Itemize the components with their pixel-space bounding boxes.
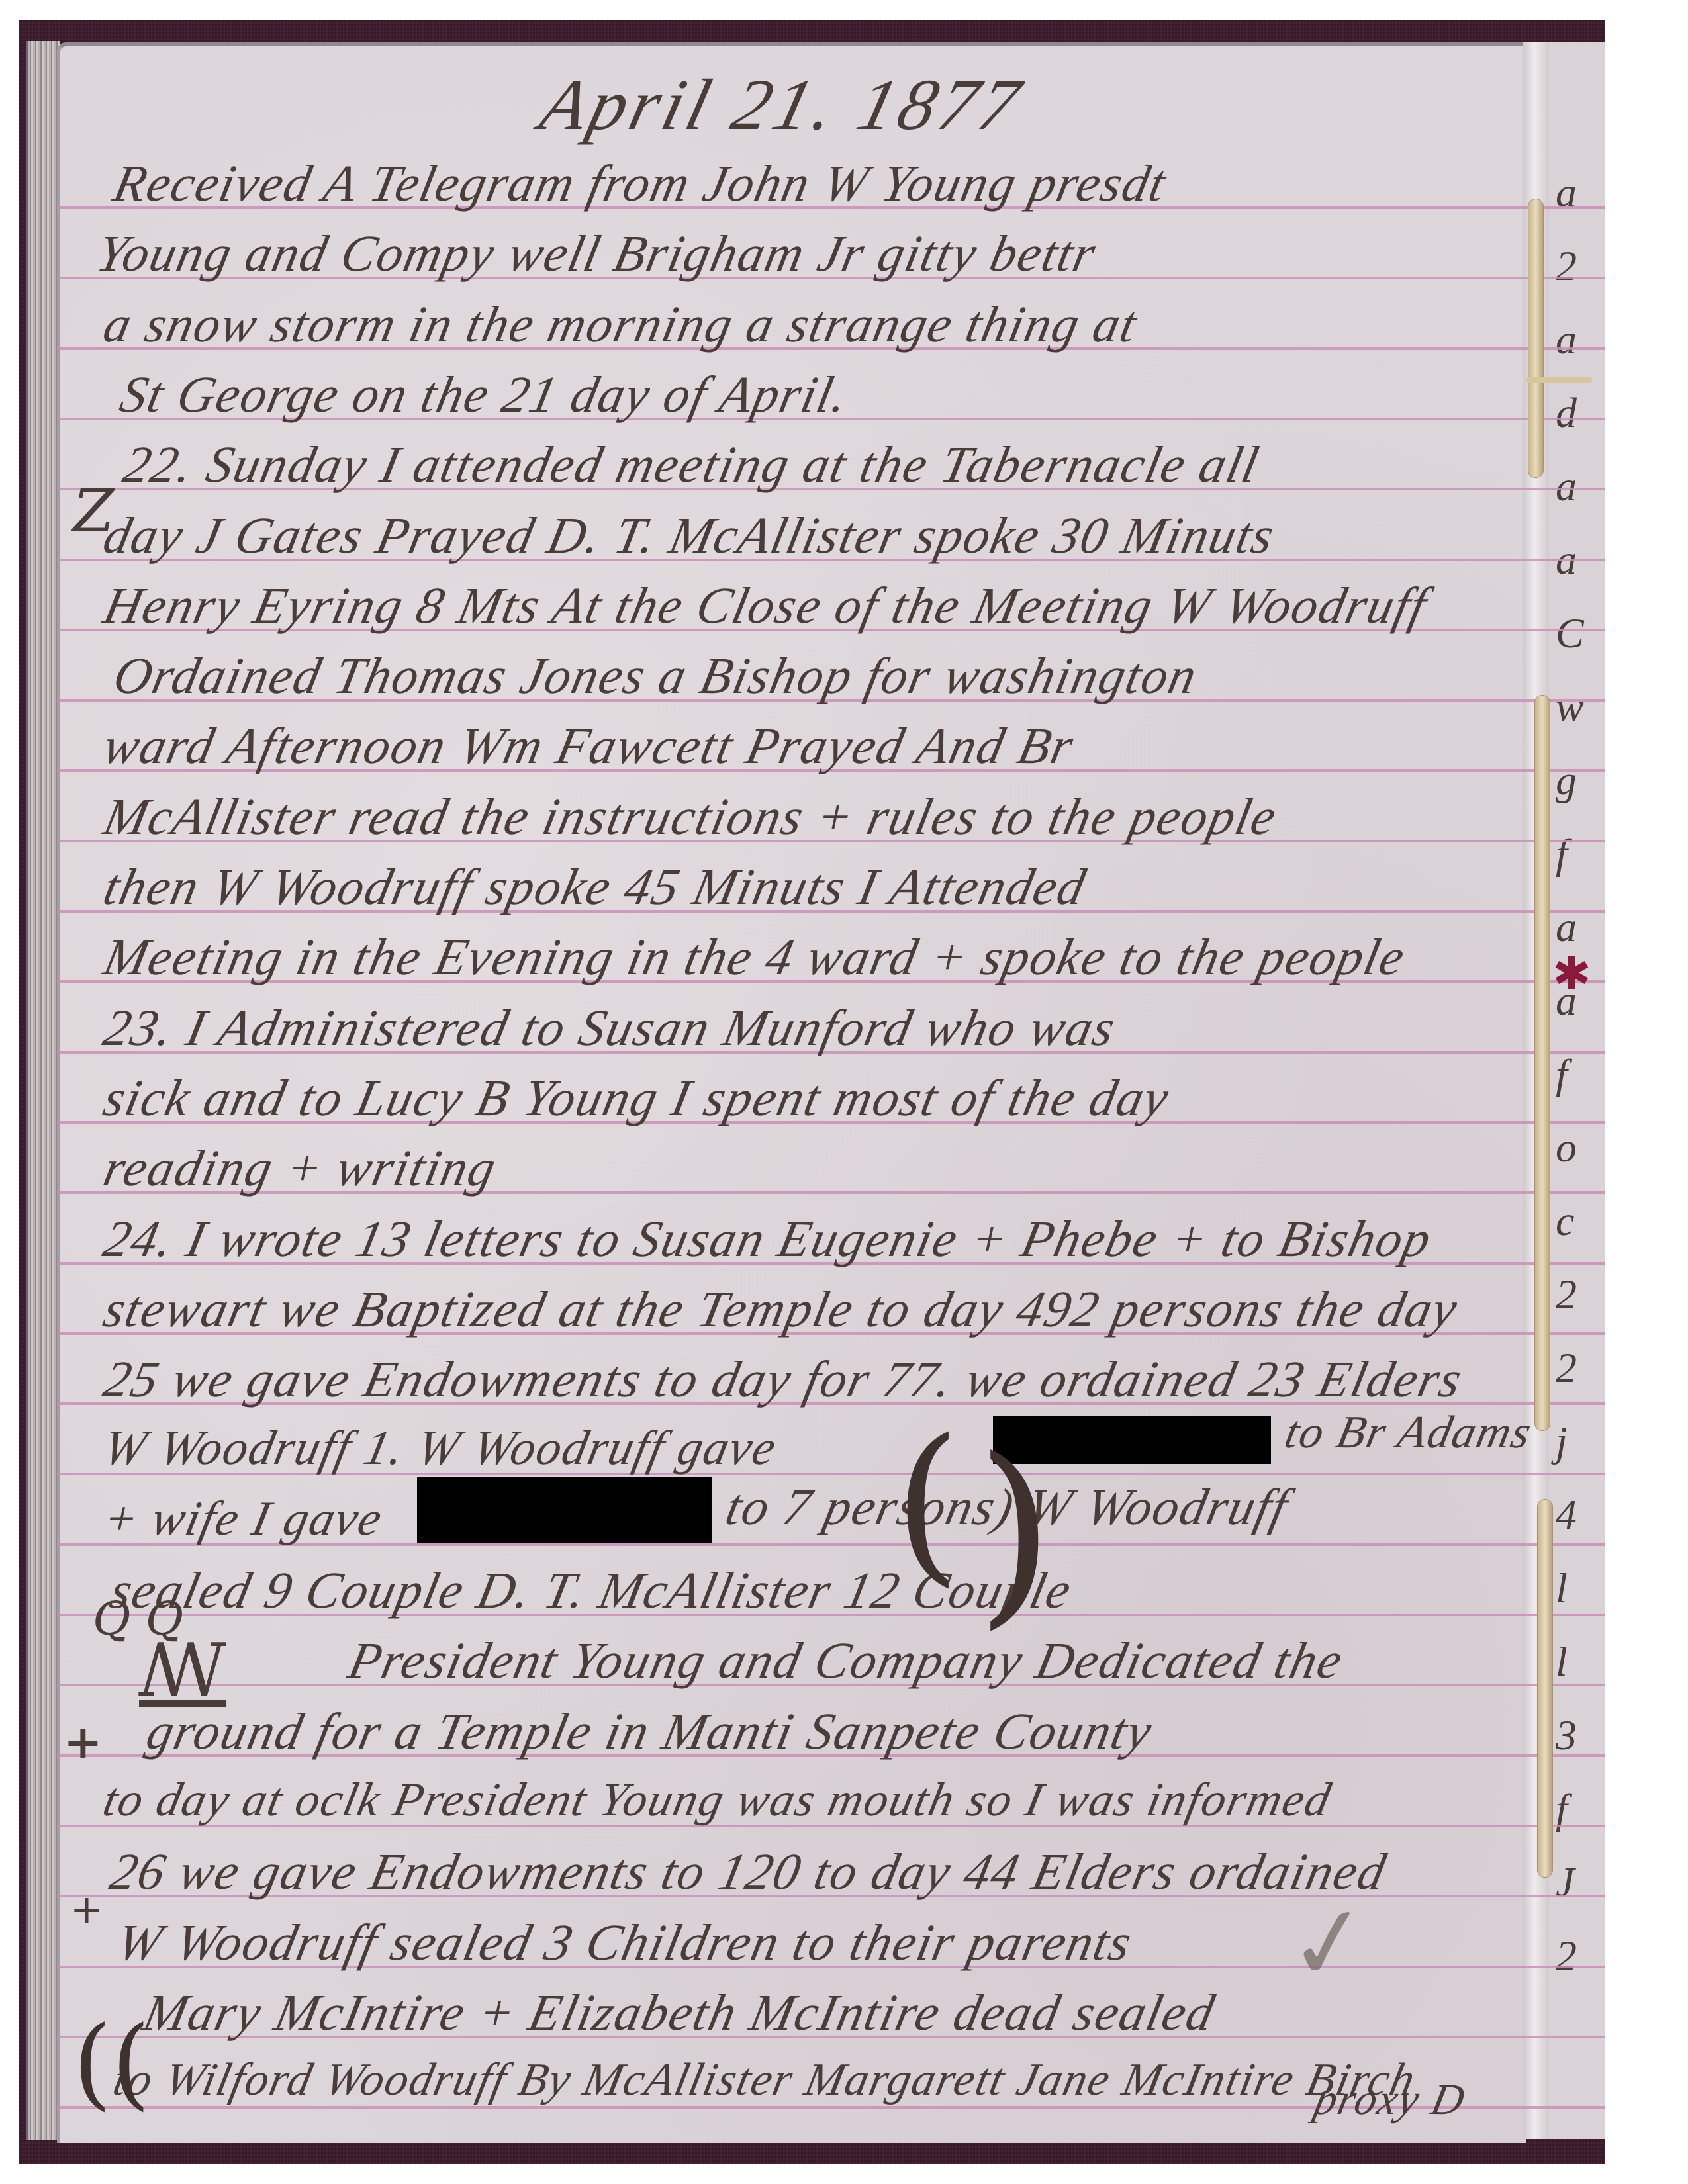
adjacent-page-glyph: 2 [1556, 1343, 1577, 1392]
adjacent-page-glyph: g [1556, 756, 1577, 805]
journal-line: reading + writing [99, 1142, 501, 1194]
adjacent-page-glyph: d [1556, 388, 1577, 437]
adjacent-page-glyph: l [1556, 1637, 1568, 1686]
journal-line: Meeting in the Evening in the 4 ward + s… [99, 931, 1410, 983]
adjacent-page-glyph: 3 [1556, 1711, 1577, 1760]
binding-thread-bottom [1537, 1499, 1553, 1878]
flourish-q-marks: Q Q [93, 1592, 183, 1646]
line-19-tail: to Br Adams [1281, 1410, 1536, 1456]
journal-line: W Woodruff sealed 3 Children to their pa… [113, 1917, 1137, 1968]
adjacent-page-glyph: a [1556, 315, 1577, 364]
adjacent-page-glyph: a [1556, 168, 1577, 217]
journal-line: 26 we gave Endowments to 120 to day 44 E… [106, 1846, 1391, 1897]
journal-line: W Woodruff 1. W Woodruff gave [99, 1424, 781, 1473]
page-stack-edge [26, 41, 60, 2140]
journal-line: to Wilford Woodruff By McAllister Margar… [109, 2057, 1420, 2103]
adjacent-page-glyph: J [1556, 1858, 1574, 1907]
adjacent-page-glyph: c [1556, 1197, 1574, 1246]
journal-line: 23. I Administered to Susan Munford who … [99, 1002, 1121, 1054]
binding-thread-top [1528, 199, 1544, 478]
adjacent-page-glyph: l [1556, 1564, 1568, 1613]
binding-thread-middle [1534, 695, 1550, 1431]
journal-line: President Young and Company Dedicated th… [344, 1635, 1348, 1686]
journal-line: day J Gates Prayed D. T. McAllister spok… [99, 510, 1280, 561]
journal-line: then W Woodruff spoke 45 Minuts I Attend… [99, 861, 1091, 913]
adjacent-page-glyph: 2 [1556, 1270, 1577, 1319]
margin-mark-z: Z [73, 477, 115, 546]
journal-line: McAllister read the instructions + rules… [99, 791, 1282, 842]
journal-line: stewart we Baptized at the Temple to day… [99, 1283, 1463, 1335]
adjacent-page-glyph: a [1556, 462, 1577, 511]
adjacent-page-glyph: 2 [1556, 1931, 1577, 1980]
journal-line: 24. I wrote 13 letters to Susan Eugenie … [99, 1213, 1436, 1265]
adjacent-page-glyph: w [1556, 682, 1584, 731]
journal-line: Ordained Thomas Jones a Bishop for washi… [109, 650, 1202, 702]
margin-cross-line-26: + [70, 1886, 103, 1933]
journal-line: Received A Telegram from John W Young pr… [109, 158, 1172, 209]
redaction-box-2 [417, 1477, 712, 1543]
journal-line: 25 we gave Endowments to day for 77. we … [99, 1353, 1467, 1405]
journal-line: a snow storm in the morning a strange th… [99, 298, 1143, 350]
adjacent-page-glyph: 4 [1556, 1490, 1577, 1539]
entry-date-heading: April 21. 1877 [532, 63, 1031, 147]
journal-line: ward Afternoon Wm Fawcett Prayed And Br [99, 720, 1079, 772]
journal-line: + wife I gave [99, 1494, 387, 1543]
journal-line: Young and Compy well Brigham Jr gitty be… [93, 228, 1101, 279]
closing-proxy-note: proxy D [1311, 2078, 1470, 2122]
journal-line: sick and to Lucy B Young I spent most of… [99, 1072, 1174, 1124]
open-bracket-gift: ( [894, 1403, 961, 1603]
adjacent-page-glyph: f [1556, 829, 1568, 878]
binding-thread-tie [1526, 377, 1592, 383]
red-asterisk-icon: ✱ [1552, 946, 1591, 1001]
adjacent-page-glyph: f [1556, 1050, 1568, 1099]
journal-line: 22. Sunday I attended meeting at the Tab… [119, 439, 1264, 490]
journal-line: to day at oclk President Young was mouth… [99, 1776, 1336, 1823]
adjacent-page-glyph: C [1556, 609, 1584, 658]
journal-line: Mary McIntire + Elizabeth McIntire dead … [139, 1987, 1220, 2038]
adjacent-page-glyph: o [1556, 1123, 1577, 1172]
adjacent-page-glyph: j [1556, 1417, 1568, 1466]
journal-line: ground for a Temple in Manti Sanpete Cou… [142, 1706, 1157, 1757]
journal-line: Henry Eyring 8 Mts At the Close of the M… [99, 580, 1432, 631]
margin-cross-line-23: + [64, 1714, 103, 1769]
checkmark-icon: ✓ [1280, 1881, 1379, 2007]
margin-bracket-line-27: (( [73, 2005, 150, 2120]
journal-line: St George on the 21 day of April. [116, 369, 853, 420]
adjacent-page-glyph: 2 [1556, 242, 1577, 291]
close-bracket-gift: ) [976, 1416, 1054, 1647]
